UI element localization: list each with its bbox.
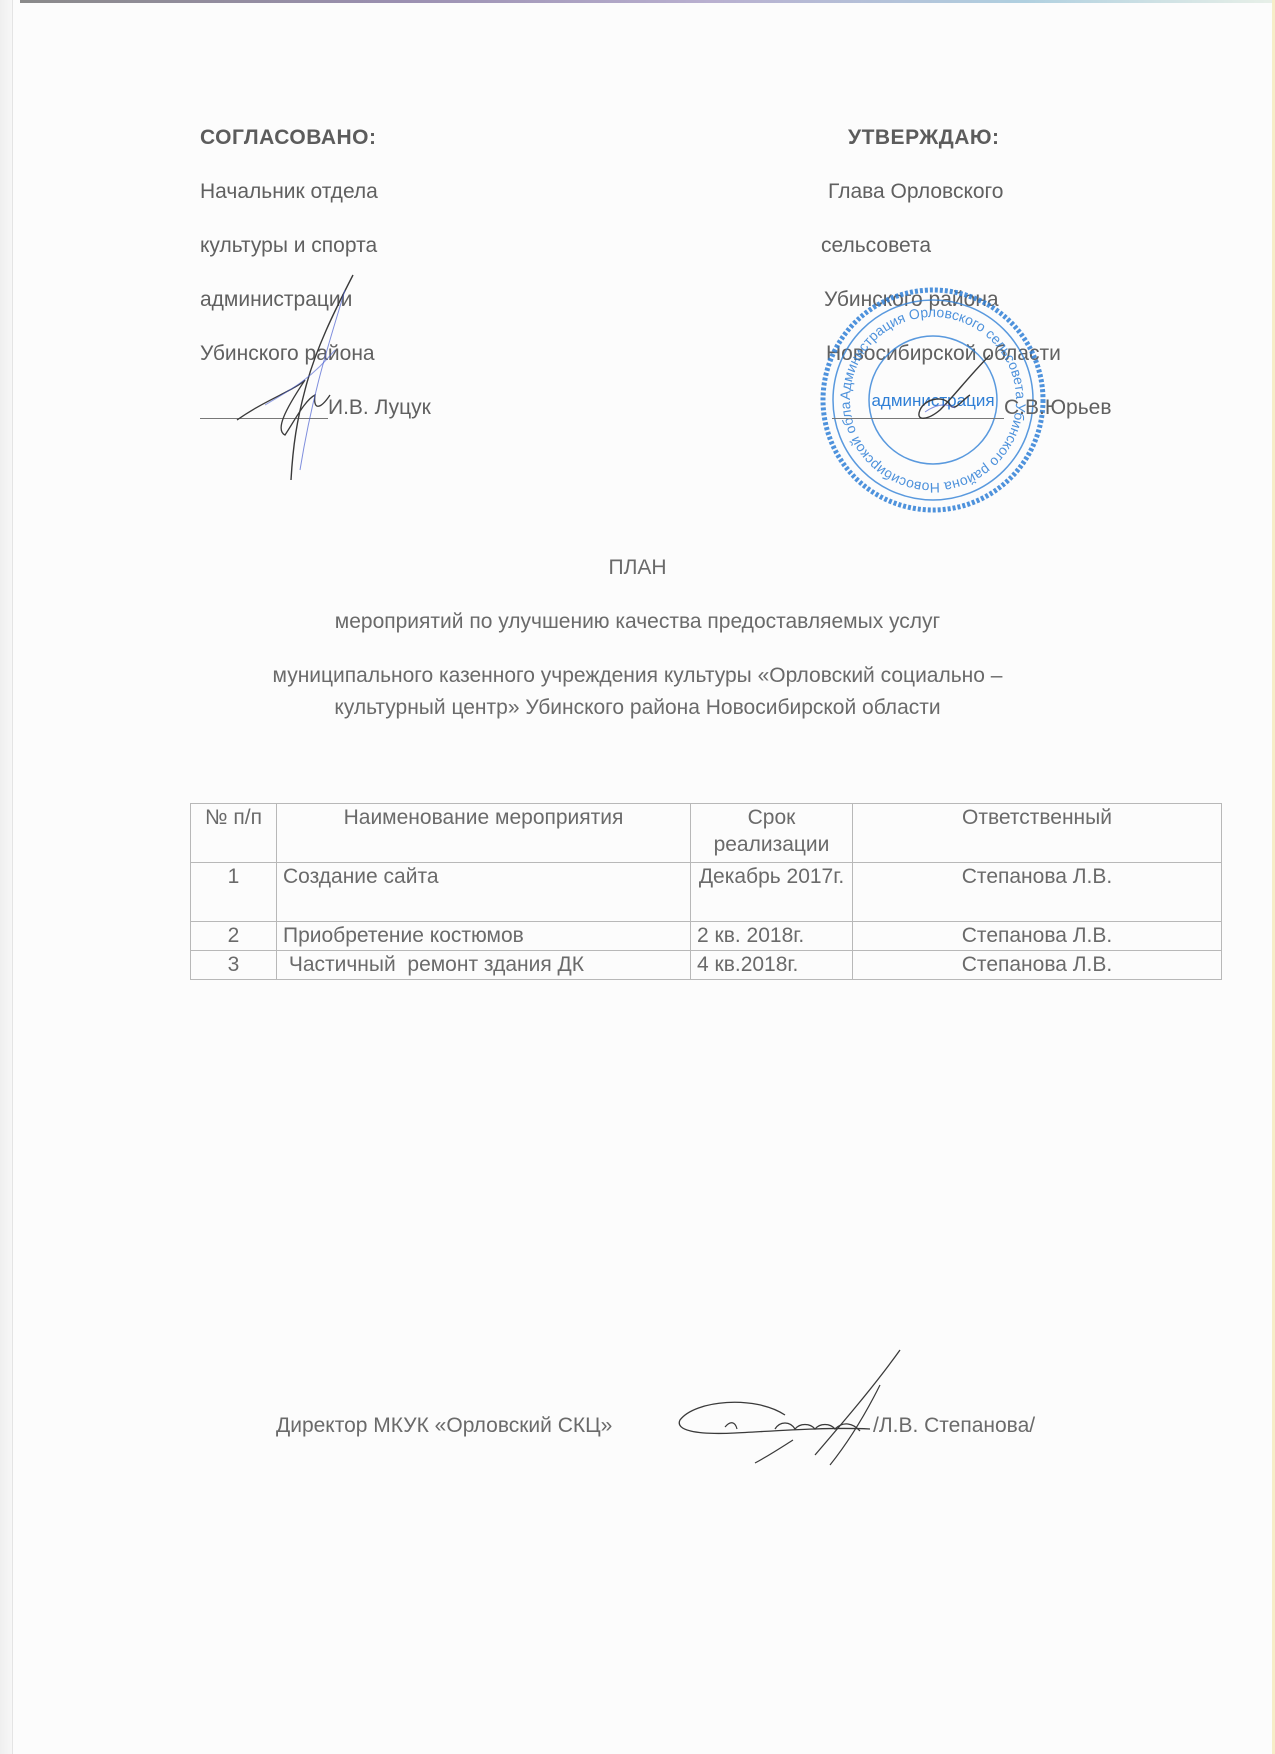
cell-name: Приобретение костюмов (277, 922, 691, 951)
approval-left-heading: СОГЛАСОВАНО: (200, 126, 377, 150)
cell-num: 2 (191, 922, 277, 951)
cell-responsible: Степанова Л.В. (853, 863, 1222, 922)
header-responsible: Ответственный (853, 804, 1222, 863)
scan-edge-top (20, 0, 1275, 3)
header-num: № п/п (191, 804, 277, 863)
cell-num: 1 (191, 863, 277, 922)
cell-responsible: Степанова Л.В. (853, 951, 1222, 980)
approval-right-heading: УТВЕРЖДАЮ: (848, 126, 1000, 150)
cell-term: 4 кв.2018г. (691, 951, 853, 980)
cell-term: Декабрь 2017г. (691, 863, 853, 922)
table-row: 1 Создание сайта Декабрь 2017г. Степанов… (191, 863, 1222, 922)
approval-right-line-2: сельсовета (821, 234, 931, 258)
footer-position: Директор МКУК «Орловский СКЦ» (276, 1414, 612, 1438)
approval-right-signatory: С.В.Юрьев (1004, 396, 1112, 420)
table-row: 2 Приобретение костюмов 2 кв. 2018г. Сте… (191, 922, 1222, 951)
signature-director-icon (675, 1345, 905, 1470)
header-term: Срок реализации (691, 804, 853, 863)
cell-responsible: Степанова Л.В. (853, 922, 1222, 951)
approval-right-line-1: Глава Орловского (828, 180, 1003, 204)
signature-left-icon (235, 270, 365, 485)
document-title: ПЛАН (0, 556, 1275, 580)
table-header-row: № п/п Наименование мероприятия Срок реал… (191, 804, 1222, 863)
cell-num: 3 (191, 951, 277, 980)
plan-table: № п/п Наименование мероприятия Срок реал… (190, 803, 1222, 980)
document-subtitle-line-1: мероприятий по улучшению качества предос… (0, 610, 1275, 634)
cell-name: Частичный ремонт здания ДК (277, 951, 691, 980)
cell-name: Создание сайта (277, 863, 691, 922)
scan-edge-left (0, 0, 13, 1754)
approval-left-line-2: культуры и спорта (200, 234, 377, 258)
document-subtitle-line-3: культурный центр» Убинского района Новос… (0, 696, 1275, 720)
table-row: 3 Частичный ремонт здания ДК 4 кв.2018г.… (191, 951, 1222, 980)
signature-right-icon (900, 350, 1000, 425)
approval-left-line-1: Начальник отдела (200, 180, 378, 204)
document-subtitle-line-2: муниципального казенного учреждения куль… (0, 664, 1275, 688)
cell-term: 2 кв. 2018г. (691, 922, 853, 951)
header-name: Наименование мероприятия (277, 804, 691, 863)
